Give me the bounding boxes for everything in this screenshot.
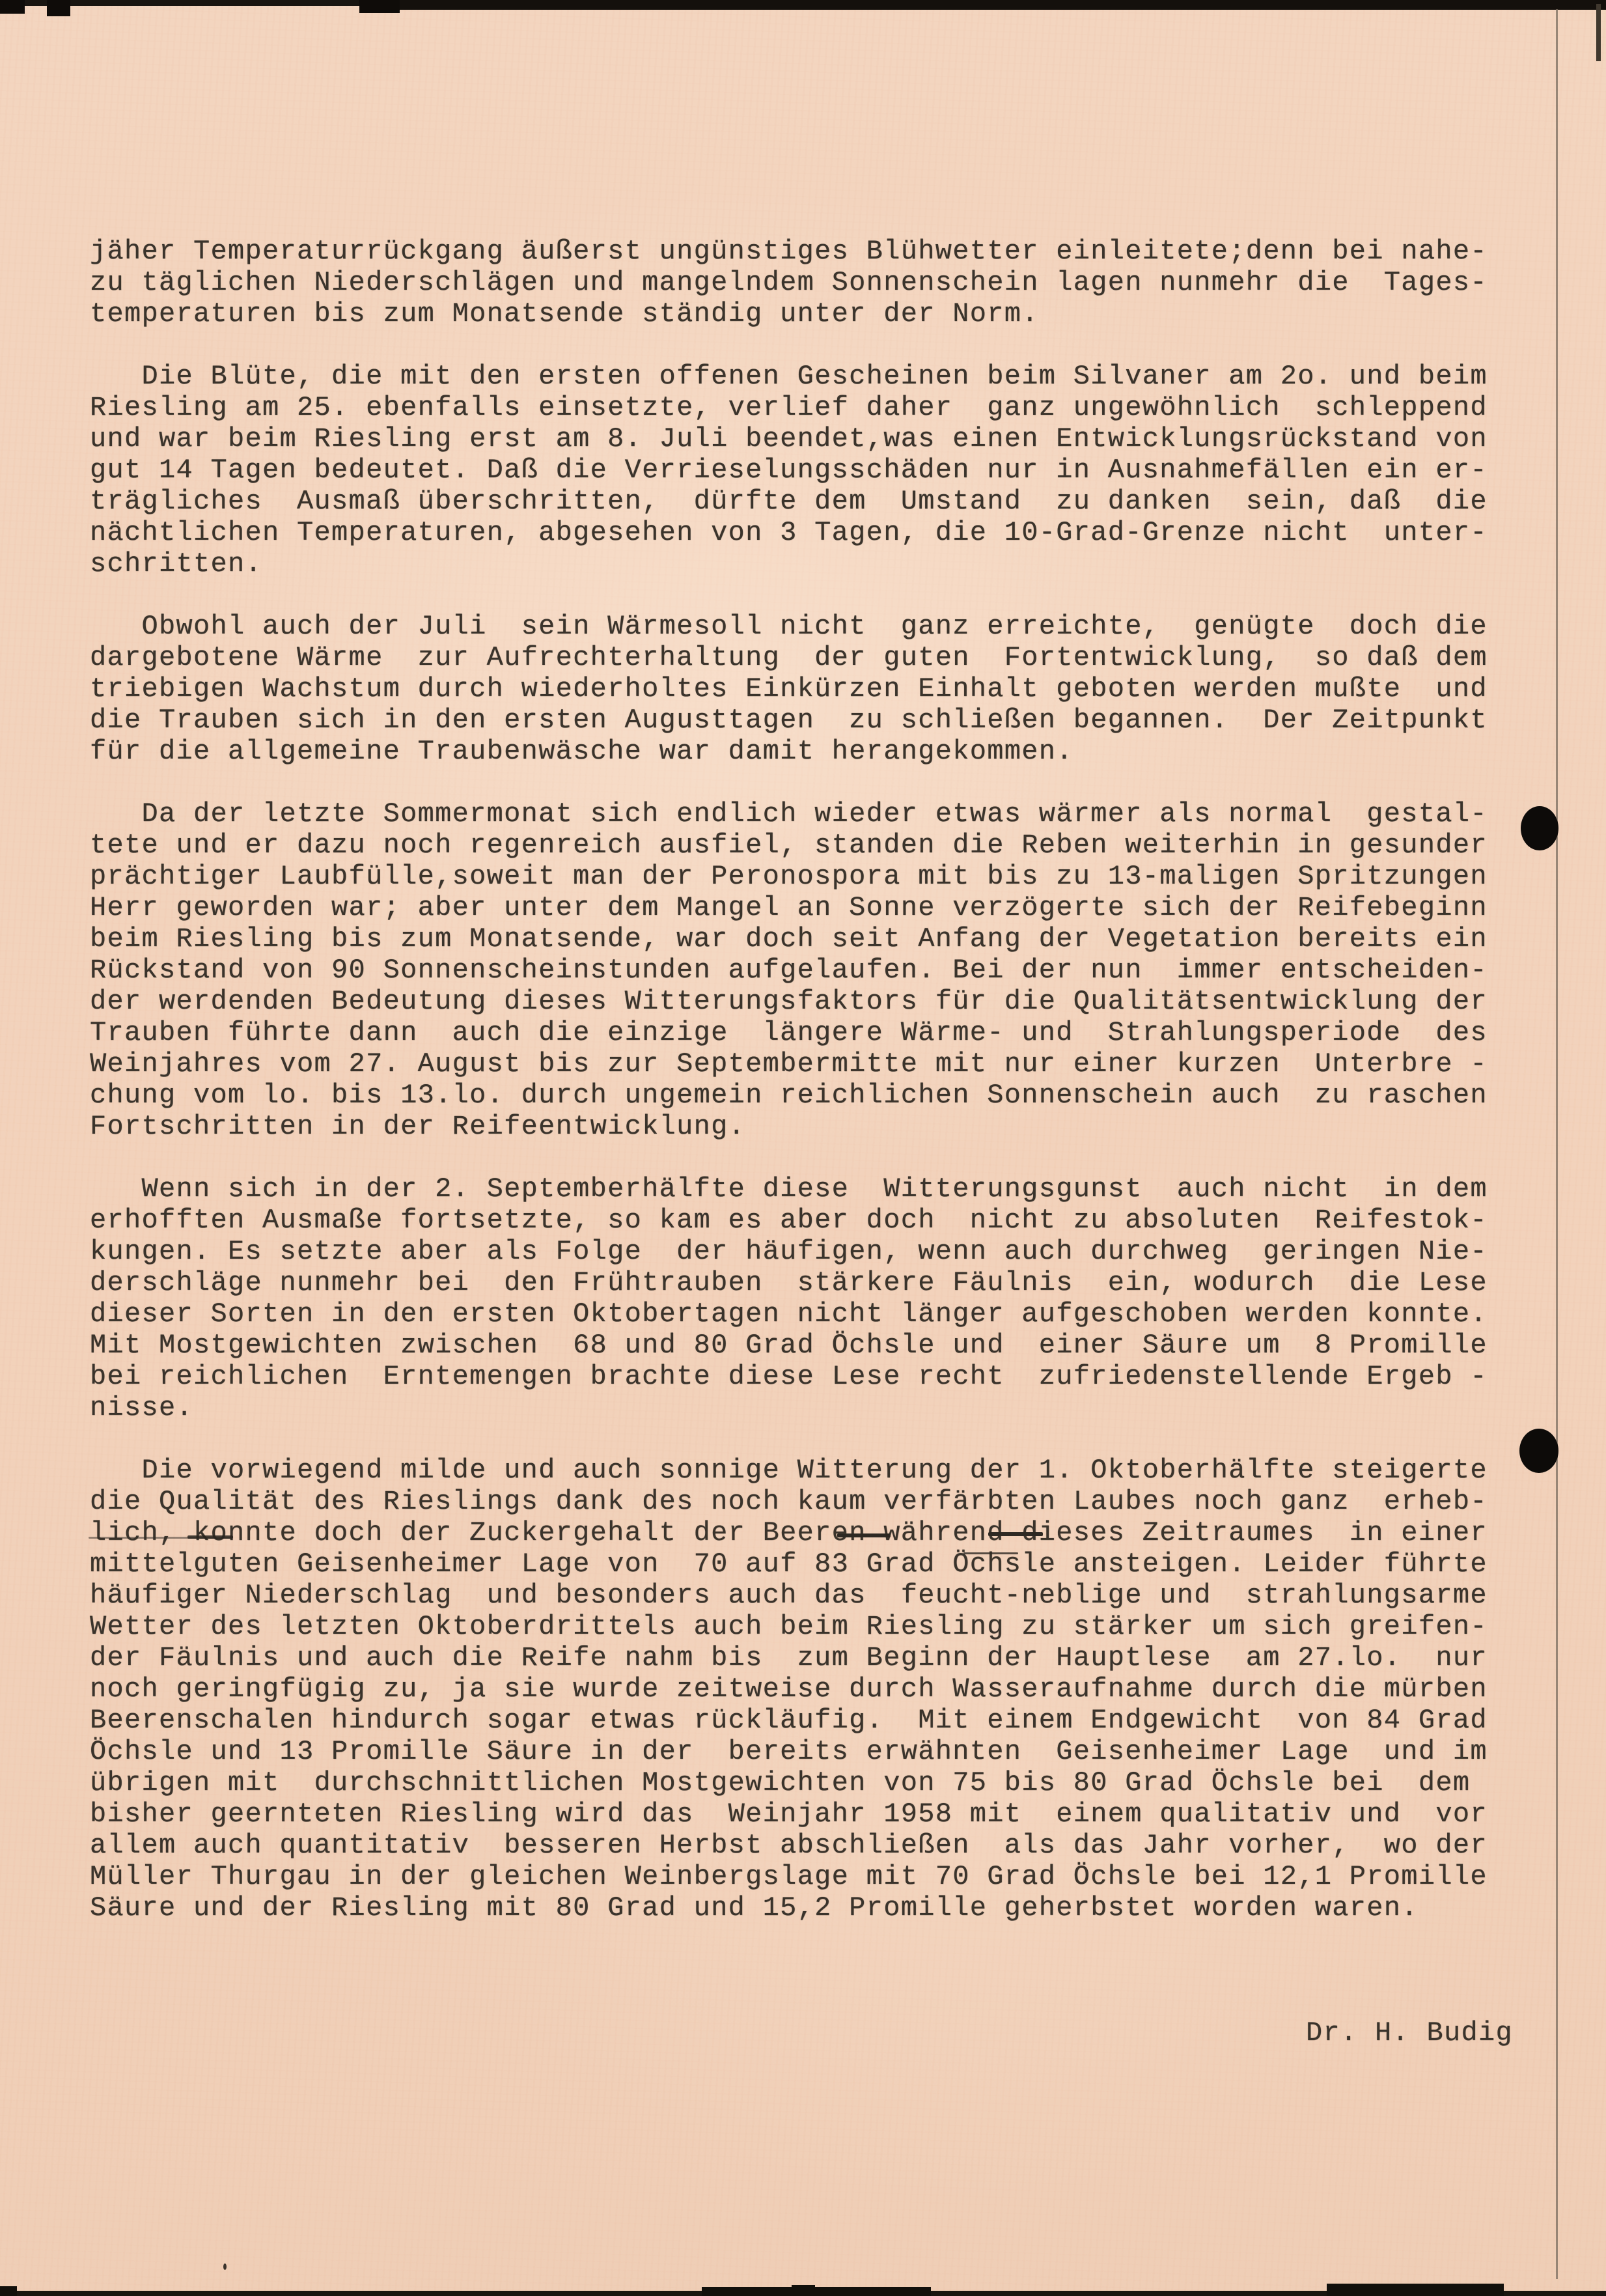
- text-line: häufiger Niederschlag und besonders auch…: [90, 1580, 1530, 1611]
- scan-blob-top-a: [359, 0, 400, 13]
- paper-edge-line: [1556, 9, 1558, 2279]
- text-line: Fortschritten in der Reifeentwicklung.: [90, 1111, 1530, 1142]
- scan-blob-bottom-c: [792, 2285, 815, 2296]
- text-line: mittelguten Geisenheimer Lage von 70 auf…: [90, 1548, 1530, 1580]
- scan-blob-bottom-b: [1327, 2284, 1504, 2296]
- pen-underline-das-feucht: [837, 1533, 891, 1537]
- paragraph: jäher Temperaturrückgang äußerst ungünst…: [90, 236, 1530, 329]
- text-line: Die vorwiegend milde und auch sonnige Wi…: [90, 1455, 1530, 1486]
- text-line: triebigen Wachstum durch wiederholtes Ei…: [90, 673, 1530, 705]
- paragraph: Die vorwiegend milde und auch sonnige Wi…: [90, 1455, 1530, 1924]
- text-line: übrigen mit durchschnittlichen Mostgewic…: [90, 1767, 1530, 1799]
- text-line: Weinjahres vom 27. August bis zur Septem…: [90, 1048, 1530, 1080]
- text-line: Die Blüte, die mit den ersten offenen Ge…: [90, 361, 1530, 392]
- scan-blob-bottom-a: [702, 2287, 931, 2296]
- text-line: Trauben führte dann auch die einzige län…: [90, 1017, 1530, 1048]
- text-line: Säure und der Riesling mit 80 Grad und 1…: [90, 1892, 1530, 1924]
- text-line: Rückstand von 90 Sonnenscheinstunden auf…: [90, 955, 1530, 986]
- text-line: beim Riesling bis zum Monatsende, war do…: [90, 923, 1530, 955]
- text-line: Riesling am 25. ebenfalls einsetzte, ver…: [90, 392, 1530, 423]
- text-line: trägliches Ausmaß überschritten, dürfte …: [90, 486, 1530, 517]
- text-line: dargebotene Wärme zur Aufrechterhaltung …: [90, 642, 1530, 673]
- signature: Dr. H. Budig: [90, 2017, 1530, 2049]
- text-line: bei reichlichen Erntemengen brachte dies…: [90, 1361, 1530, 1392]
- pen-underline-und: [988, 1532, 1043, 1536]
- text-line: nisse.: [90, 1392, 1530, 1423]
- text-line: Wenn sich in der 2. Septemberhälfte dies…: [90, 1173, 1530, 1205]
- text-line: kungen. Es setzte aber als Folge der häu…: [90, 1236, 1530, 1267]
- text-line: zu täglichen Niederschlägen und mangelnd…: [90, 267, 1530, 298]
- text-line: der werdenden Bedeutung dieses Witterung…: [90, 986, 1530, 1017]
- text-line: Müller Thurgau in der gleichen Weinbergs…: [90, 1861, 1530, 1892]
- text-line: noch geringfügig zu, ja sie wurde zeitwe…: [90, 1673, 1530, 1705]
- scan-blob-top-b: [47, 0, 70, 16]
- text-line: chung vom lo. bis 13.lo. durch ungemein …: [90, 1080, 1530, 1111]
- paragraph: Obwohl auch der Juli sein Wärmesoll nich…: [90, 611, 1530, 767]
- typewritten-text: jäher Temperaturrückgang äußerst ungünst…: [90, 173, 1530, 2111]
- scan-mark-top-right: [1596, 4, 1601, 61]
- text-line: Beerenschalen hindurch sogar etwas rückl…: [90, 1705, 1530, 1736]
- text-line: die Qualität des Rieslings dank des noch…: [90, 1486, 1530, 1517]
- paragraph: Wenn sich in der 2. Septemberhälfte dies…: [90, 1173, 1530, 1423]
- scan-blob-top-left-corner: [0, 0, 25, 14]
- text-line: Da der letzte Sommermonat sich endlich w…: [90, 798, 1530, 830]
- text-line: dieser Sorten in den ersten Oktobertagen…: [90, 1298, 1530, 1330]
- paragraph-container: jäher Temperaturrückgang äußerst ungünst…: [90, 236, 1530, 1924]
- text-line: derschläge nunmehr bei den Frühtrauben s…: [90, 1267, 1530, 1298]
- text-line: und war beim Riesling erst am 8. Juli be…: [90, 423, 1530, 455]
- text-line: gut 14 Tagen bedeutet. Daß die Verriesel…: [90, 455, 1530, 486]
- text-line: der Fäulnis und auch die Reife nahm bis …: [90, 1642, 1530, 1673]
- pen-strike-staerker: [963, 1552, 1018, 1554]
- text-line: Obwohl auch der Juli sein Wärmesoll nich…: [90, 611, 1530, 642]
- text-line: lich, konnte doch der Zuckergehalt der B…: [90, 1517, 1530, 1548]
- scan-blob-bottom-left: [0, 2286, 17, 2296]
- ink-speck: [223, 2263, 227, 2270]
- text-line: jäher Temperaturrückgang äußerst ungünst…: [90, 236, 1530, 267]
- text-line: bisher geernteten Riesling wird das Wein…: [90, 1799, 1530, 1830]
- pen-underline-left-dark: [187, 1535, 233, 1539]
- text-line: temperaturen bis zum Monatsende ständig …: [90, 298, 1530, 329]
- text-line: Herr geworden war; aber unter dem Mangel…: [90, 892, 1530, 923]
- text-line: prächtiger Laubfülle,soweit man der Pero…: [90, 861, 1530, 892]
- text-line: die Trauben sich in den ersten Augusttag…: [90, 705, 1530, 736]
- punch-hole-mark-2: [1519, 1429, 1558, 1473]
- text-line: tete und er dazu noch regenreich ausfiel…: [90, 830, 1530, 861]
- punch-hole-mark-1: [1521, 806, 1558, 850]
- paragraph: Die Blüte, die mit den ersten offenen Ge…: [90, 361, 1530, 580]
- scan-edge-top-thick: [398, 0, 1606, 10]
- paragraph: Da der letzte Sommermonat sich endlich w…: [90, 798, 1530, 1142]
- text-line: Öchsle und 13 Promille Säure in der bere…: [90, 1736, 1530, 1767]
- text-line: für die allgemeine Traubenwäsche war dam…: [90, 736, 1530, 767]
- text-line: allem auch quantitativ besseren Herbst a…: [90, 1830, 1530, 1861]
- scanned-page: jäher Temperaturrückgang äußerst ungünst…: [0, 0, 1606, 2296]
- text-line: nächtlichen Temperaturen, abgesehen von …: [90, 517, 1530, 548]
- text-line: Wetter des letzten Oktoberdrittels auch …: [90, 1611, 1530, 1642]
- text-line: schritten.: [90, 548, 1530, 580]
- text-line: Mit Mostgewichten zwischen 68 und 80 Gra…: [90, 1330, 1530, 1361]
- text-line: erhofften Ausmaße fortsetzte, so kam es …: [90, 1205, 1530, 1236]
